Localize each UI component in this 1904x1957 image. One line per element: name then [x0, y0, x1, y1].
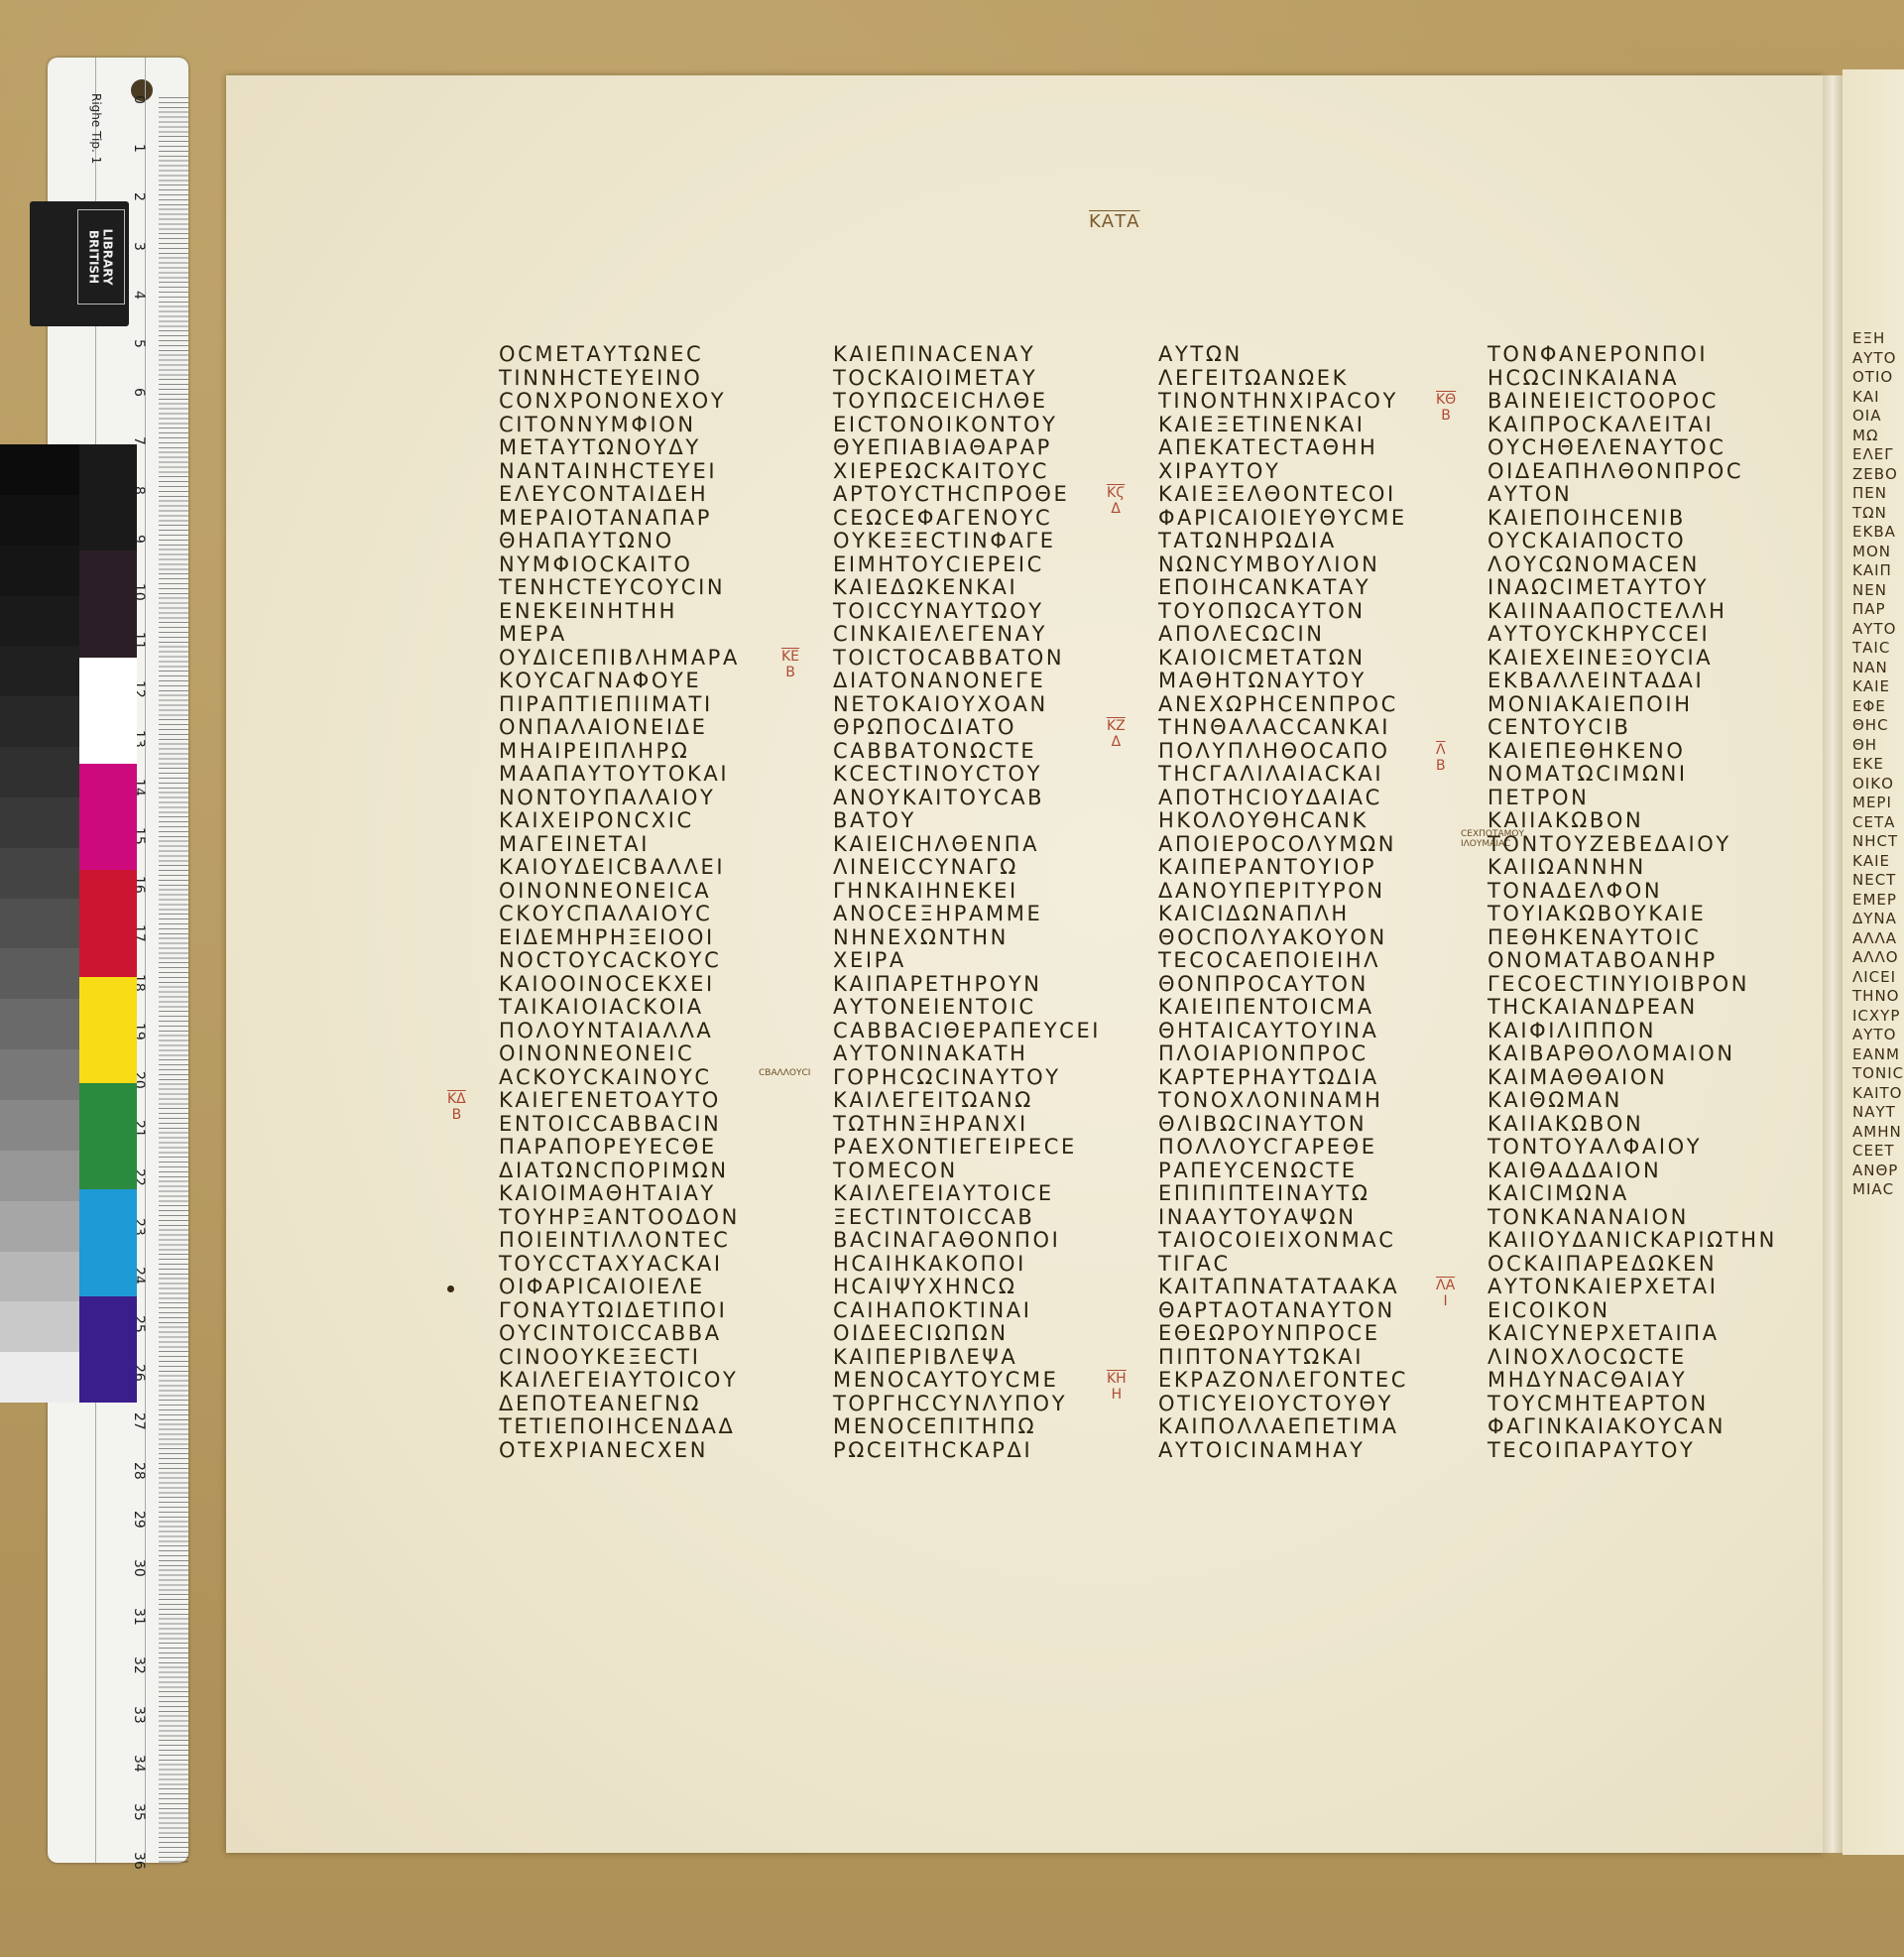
ruler-cm-label: 1 [131, 144, 147, 164]
facing-text-line: ΚΑΙ [1843, 388, 1904, 408]
manuscript-line: ΟΥϹΙΝΤΟΙϹϹΑΒΒΑ [499, 1322, 740, 1346]
section-number-rubric: ΚϚΔ [1107, 485, 1125, 517]
manuscript-line: ΛΙΝΕΙϹϹΥΝΑΓΩ [833, 856, 1101, 880]
manuscript-line: ΤΙΝΝΗϹΤΕΥΕΙΝΟ [499, 367, 740, 391]
manuscript-line: ΟΙΝΟΝΝΕΟΝΕΙϹΑ [499, 880, 740, 904]
section-number-rubric: ΚΗΗ [1107, 1371, 1127, 1403]
manuscript-line: ΤΟΜΕϹΟΝ [833, 1160, 1101, 1183]
manuscript-line: ΚΑΙΕΓΕΝΕΤΟΑΥΤΟ [499, 1089, 740, 1113]
manuscript-line: ΟΝΠΑΛΑΙΟΝΕΙΔΕ [499, 716, 740, 740]
manuscript-line: ΚΑΙΕΠΙΝΑϹΕΝΑΥ [833, 343, 1101, 367]
manuscript-line: ΕΚΒΑΛΛΕΙΝΤΑΔΑΙ [1487, 670, 1777, 693]
manuscript-line: ΔΕΠΟΤΕΑΝΕΓΝΩ [499, 1393, 740, 1416]
manuscript-line: ΑΝΕΧΩΡΗϹΕΝΠΡΟϹ [1158, 693, 1408, 717]
manuscript-line: ΒΑϹΙΝΑΓΑΘΟΝΠΟΙ [833, 1229, 1101, 1253]
manuscript-line: ΕΙϹΟΙΚΟΝ [1487, 1299, 1777, 1323]
manuscript-line: ΟΥϹΗΘΕΛΕΝΑΥΤΟϹ [1487, 436, 1777, 460]
manuscript-line: ΠΛΟΙΑΡΙΟΝΠΡΟϹ [1158, 1042, 1408, 1066]
manuscript-line: ΚΑΙΠΑΡΕΤΗΡΟΥΝ [833, 973, 1101, 997]
manuscript-line: ΑΥΤΟΝΚΑΙΕΡΧΕΤΑΙ [1487, 1276, 1777, 1299]
manuscript-line: ΘΛΙΒΩϹΙΝΑΥΤΟΝ [1158, 1113, 1408, 1137]
grey-step [0, 747, 81, 797]
manuscript-line: ϹΑΒΒΑϹΙΘΕΡΑΠΕΥϹΕΙ [833, 1020, 1101, 1043]
grey-scale-chart [0, 444, 81, 1403]
manuscript-line: ΘΡΩΠΟϹΔΙΑΤΟ [833, 716, 1101, 740]
facing-text-line: ΕΚΕ [1843, 755, 1904, 775]
manuscript-line: ΤΟΝΤΟΥΖΕΒΕΔΑΙΟΥ [1487, 833, 1777, 857]
manuscript-line: ΑΥΤΟΙϹΙΝΑΜΗΑΥ [1158, 1439, 1408, 1463]
facing-text-line: ΜΙΑϹ [1843, 1180, 1904, 1200]
ruler-cm-label: 3 [131, 242, 147, 262]
text-column-4: ΤΟΝΦΑΝΕΡΟΝΠΟΙΗϹΩϹΙΝΚΑΙΑΝΑΒΑΙΝΕΙΕΙϹΤΟΟΡΟϹ… [1487, 343, 1777, 1462]
manuscript-line: ΗΚΟΛΟΥΘΗϹΑΝΚ [1158, 809, 1408, 833]
manuscript-line: ΝΑΝΤΑΙΝΗϹΤΕΥΕΙ [499, 460, 740, 484]
grey-step [0, 1151, 81, 1201]
section-number-rubric: ΚΘΒ [1436, 392, 1456, 424]
ruler-cm-label: 5 [131, 339, 147, 359]
manuscript-line: ΧΙΡΑΥΤΟΥ [1158, 460, 1408, 484]
manuscript-line: ΓΗΝΚΑΙΗΝΕΚΕΙ [833, 880, 1101, 904]
manuscript-line: ΑΥΤΩΝ [1158, 343, 1408, 367]
ruler-cm-label: 27 [131, 1412, 147, 1432]
manuscript-line: ΝΟϹΤΟΥϹΑϹΚΟΥϹ [499, 949, 740, 973]
facing-text-line: ΠΕΝ [1843, 484, 1904, 504]
text-column-1: ΟϹΜΕΤΑΥΤΩΝΕϹΤΙΝΝΗϹΤΕΥΕΙΝΟϹΟΝΧΡΟΝΟΝΕΧΟΥϹΙ… [499, 343, 740, 1462]
manuscript-line: ΘΑΡΤΑΟΤΑΝΑΥΤΟΝ [1158, 1299, 1408, 1323]
manuscript-line: ΕΝΤΟΙϹϹΑΒΒΑϹΙΝ [499, 1113, 740, 1137]
manuscript-line: ΓΕϹΟΕϹΤΙΝΥΙΟΙΒΡΟΝ [1487, 973, 1777, 997]
facing-text-line: ΘΗϹ [1843, 716, 1904, 736]
manuscript-line: ΚΑΙΕΞΕΛΘΟΝΤΕϹΟΙ [1158, 483, 1408, 507]
manuscript-line: ΚΑΙΟΙΜΑΘΗΤΑΙΑΥ [499, 1182, 740, 1206]
library-text: LIBRARY [101, 228, 115, 285]
manuscript-line: ΤΟΝΟΧΛΟΝΙΝΑΜΗ [1158, 1089, 1408, 1113]
manuscript-line: ΓΟΡΗϹΩϹΙΝΑΥΤΟΥ [833, 1066, 1101, 1090]
manuscript-line: ΡΑΕΧΟΝΤΙΕΓΕΙΡΕϹΕ [833, 1136, 1101, 1160]
manuscript-line: ΝΕΤΟΚΑΙΟΥΧΟΑΝ [833, 693, 1101, 717]
manuscript-line: ΘΟϹΠΟΛΥΑΚΟΥΟΝ [1158, 926, 1408, 950]
facing-text-line: ΝΑΥΤ [1843, 1103, 1904, 1123]
manuscript-line: ΕΙΜΗΤΟΥϹΙΕΡΕΙϹ [833, 553, 1101, 577]
section-number-rubric: ΛΑΙ [1436, 1278, 1455, 1309]
manuscript-line: ΤΟΝΚΑΝΑΝΑΙΟΝ [1487, 1206, 1777, 1230]
manuscript-line: ΟΙΝΟΝΝΕΟΝΕΙϹ [499, 1042, 740, 1066]
manuscript-line: ΚΑΙΙΑΚΩΒΟΝ [1487, 809, 1777, 833]
british-library-label: LIBRARYBRITISH [30, 201, 129, 326]
manuscript-line: ΕΚΡΑΖΟΝΛΕΓΟΝΤΕϹ [1158, 1369, 1408, 1393]
manuscript-line: ΟΥΔΙϹΕΠΙΒΛΗΜΑΡΑ [499, 647, 740, 671]
manuscript-line: ΚΑΙΕΠΕΘΗΚΕΝΟ [1487, 740, 1777, 764]
grey-step [0, 546, 81, 596]
text-column-3: ΑΥΤΩΝΛΕΓΕΙΤΩΑΝΩΕΚΤΙΝΟΝΤΗΝΧΙΡΑϹΟΥΚΑΙΕΞΕΤΙ… [1158, 343, 1408, 1462]
manuscript-line: ϹΙΤΟΝΝΥΜΦΙΟΝ [499, 414, 740, 437]
manuscript-line: ΚΑΙΘΑΔΔΑΙΟΝ [1487, 1160, 1777, 1183]
ruler-cm-label: 28 [131, 1462, 147, 1482]
section-number-rubric: ΛΒ [1436, 742, 1446, 774]
manuscript-line: ΜΕΡΑ [499, 623, 740, 647]
facing-text-line: ΘΗ [1843, 736, 1904, 756]
manuscript-line: ΠΙΡΑΠΤΙΕΠΙΙΜΑΤΙ [499, 693, 740, 717]
manuscript-line: ΚΑΙΘΩΜΑΝ [1487, 1089, 1777, 1113]
facing-text-line: ΠΑΡ [1843, 600, 1904, 620]
manuscript-line: ΤΟΥΠΩϹΕΙϹΗΛΘΕ [833, 390, 1101, 414]
grey-step [0, 444, 81, 495]
color-patch [79, 870, 137, 976]
facing-text-line: ΟΤΙΟ [1843, 368, 1904, 388]
manuscript-line: ΓΟΝΑΥΤΩΙΔΕΤΙΠΟΙ [499, 1299, 740, 1323]
manuscript-line: ΚΑΙΕΙΠΕΝΤΟΙϹΜΑ [1158, 996, 1408, 1020]
manuscript-line: ΤΟΙϹϹΥΝΑΥΤΩΟΥ [833, 600, 1101, 624]
manuscript-line: ΕΛΕΥϹΟΝΤΑΙΔΕΗ [499, 483, 740, 507]
manuscript-line: ΚΑΙΛΕΓΕΙΤΩΑΝΩ [833, 1089, 1101, 1113]
facing-text-line: ΤΑΙϹ [1843, 639, 1904, 659]
manuscript-line: ΤΕΝΗϹΤΕΥϹΟΥϹΙΝ [499, 576, 740, 600]
section-number-rubric: ΚΔΒ [447, 1091, 466, 1123]
color-patch [79, 1296, 137, 1403]
manuscript-line: ΟΥϹΚΑΙΑΠΟϹΤΟ [1487, 530, 1777, 553]
manuscript-line: ΠΙΠΤΟΝΑΥΤΩΚΑΙ [1158, 1346, 1408, 1370]
manuscript-line: ΤΙΓΑϹ [1158, 1253, 1408, 1277]
manuscript-line: ΕΙϹΤΟΝΟΙΚΟΝΤΟΥ [833, 414, 1101, 437]
facing-page-text: ΕΞΗΑΥΤΟΟΤΙΟΚΑΙΟΙΑΜΩΕΛΕΓΖΕΒΟΠΕΝΤΩΝΕΚΒΑΜΟΝ… [1843, 329, 1904, 1200]
manuscript-line: ϹΕΩϹΕΦΑΓΕΝΟΥϹ [833, 507, 1101, 531]
manuscript-line: ΚΑΙΕΠΟΙΗϹΕΝΙΒ [1487, 507, 1777, 531]
manuscript-line: ΕΙΔΕΜΗΡΗΞΕΙΟΟΙ [499, 926, 740, 950]
facing-text-line: ΕΛΕΓ [1843, 445, 1904, 465]
manuscript-line: ΟΝΟΜΑΤΑΒΟΑΝΗΡ [1487, 949, 1777, 973]
facing-text-line: ΚΑΙΕ [1843, 677, 1904, 697]
manuscript-line: ΤΑΙΟϹΟΙΕΙΧΟΝΜΑϹ [1158, 1229, 1408, 1253]
manuscript-line: ΤΟΥΗΡΞΑΝΤΟΟΔΟΝ [499, 1206, 740, 1230]
manuscript-line: ΠΑΡΑΠΟΡΕΥΕϹΘΕ [499, 1136, 740, 1160]
manuscript-line: ΚΑΙΧΕΙΡΟΝϹΧΙϹ [499, 809, 740, 833]
manuscript-line: ΚΑΙϹΥΝΕΡΧΕΤΑΙΠΑ [1487, 1322, 1777, 1346]
manuscript-line: ΚΑΙΠΕΡΑΝΤΟΥΙΟΡ [1158, 856, 1408, 880]
manuscript-line: ΑΠΟΛΕϹΩϹΙΝ [1158, 623, 1408, 647]
manuscript-line: ΜΕΝΟϹΕΠΙΤΗΠΩ [833, 1415, 1101, 1439]
manuscript-line: ΚΑΙΜΑΘΘΑΙΟΝ [1487, 1066, 1777, 1090]
manuscript-line: ΤΩΤΗΝΞΗΡΑΝΧΙ [833, 1113, 1101, 1137]
facing-text-line: ΑΛΛΟ [1843, 948, 1904, 968]
ink-dot [447, 1285, 454, 1292]
manuscript-line: ϹΕΝΤΟΥϹΙΒ [1487, 716, 1777, 740]
manuscript-line: ΤΟΙϹΤΟϹΑΒΒΑΤΟΝ [833, 647, 1101, 671]
grey-step [0, 1352, 81, 1403]
manuscript-line: ΤΗΝΘΑΛΑϹϹΑΝΚΑΙ [1158, 716, 1408, 740]
manuscript-line: ΜΕΡΑΙΟΤΑΝΑΠΑΡ [499, 507, 740, 531]
ruler-cm-label: 31 [131, 1608, 147, 1628]
manuscript-line: ΑΠΟΙΕΡΟϹΟΛΥΜΩΝ [1158, 833, 1408, 857]
ruler-cm-ticks [159, 97, 188, 1863]
facing-text-line: ΚΑΙΤΟ [1843, 1084, 1904, 1104]
manuscript-line: ΑΥΤΟΝΕΙΕΝΤΟΙϹ [833, 996, 1101, 1020]
manuscript-line: ΜΑΘΗΤΩΝΑΥΤΟΥ [1158, 670, 1408, 693]
manuscript-line: ΤΟϹΚΑΙΟΙΜΕΤΑΥ [833, 367, 1101, 391]
ruler-cm-label: 29 [131, 1511, 147, 1530]
manuscript-line: ΛΟΥϹΩΝΟΜΑϹΕΝ [1487, 553, 1777, 577]
manuscript-line: ΟΥΚΕΞΕϹΤΙΝΦΑΓΕ [833, 530, 1101, 553]
manuscript-line: ΟϹΚΑΙΠΑΡΕΔΩΚΕΝ [1487, 1253, 1777, 1277]
facing-text-line: ϹΕΤΑ [1843, 813, 1904, 833]
section-number-rubric: ΚΕΒ [781, 649, 799, 680]
facing-text-line: ΕΚΒΑ [1843, 523, 1904, 543]
facing-text-line: ΚΑΙΕ [1843, 852, 1904, 872]
manuscript-line: ΤΙΝΟΝΤΗΝΧΙΡΑϹΟΥ [1158, 390, 1408, 414]
manuscript-line: ΟϹΜΕΤΑΥΤΩΝΕϹ [499, 343, 740, 367]
manuscript-line: ΟΙΔΕΕϹΙΩΠΩΝ [833, 1322, 1101, 1346]
facing-text-line: ΟΙΑ [1843, 407, 1904, 427]
manuscript-line: ΚΑΙΒΑΡΘΟΛΟΜΑΙΟΝ [1487, 1042, 1777, 1066]
facing-text-line: ΑΥΤΟ [1843, 349, 1904, 369]
color-patch [79, 444, 137, 550]
manuscript-line: ΝΟΝΤΟΥΠΑΛΑΙΟΥ [499, 787, 740, 810]
manuscript-line: ΑΥΤΟΥϹΚΗΡΥϹϹΕΙ [1487, 623, 1777, 647]
color-patch [79, 1083, 137, 1189]
manuscript-line: ΛΙΝΟΧΛΟϹΩϹΤΕ [1487, 1346, 1777, 1370]
manuscript-line: ΦΑΓΙΝΚΑΙΑΚΟΥϹΑΝ [1487, 1415, 1777, 1439]
facing-text-line: ΙϹΧΥΡ [1843, 1007, 1904, 1027]
facing-text-line: ΜΟΝ [1843, 543, 1904, 562]
manuscript-line: ΟΤΙϹΥΕΙΟΥϹΤΟΥΘΥ [1158, 1393, 1408, 1416]
facing-text-line: ΝΑΝ [1843, 659, 1904, 678]
facing-text-line: ΝΗϹΤ [1843, 832, 1904, 852]
manuscript-line: ΚΑΡΤΕΡΗΑΥΤΩΔΙΑ [1158, 1066, 1408, 1090]
manuscript-line: ΚΑΙΠΟΛΛΑΕΠΕΤΙΜΑ [1158, 1415, 1408, 1439]
manuscript-line: ΚΑΙΕΧΕΙΝΕΞΟΥϹΙΑ [1487, 647, 1777, 671]
manuscript-line: ΤΕΤΙΕΠΟΙΗϹΕΝΔΑΔ [499, 1415, 740, 1439]
manuscript-line: ΕΠΙΠΙΠΤΕΙΝΑΥΤΩ [1158, 1182, 1408, 1206]
facing-text-line: ΕΜΕΡ [1843, 891, 1904, 911]
ruler-cm-label: 0 [131, 95, 147, 115]
manuscript-line: ΠΟΛΟΥΝΤΑΙΑΛΛΑ [499, 1020, 740, 1043]
manuscript-line: ΚΑΙΛΕΓΕΙΑΥΤΟΙϹΕ [833, 1182, 1101, 1206]
manuscript-line: ϹΑΒΒΑΤΟΝΩϹΤΕ [833, 740, 1101, 764]
facing-text-line: ΑΜΗΝ [1843, 1123, 1904, 1143]
manuscript-line: ΑΡΤΟΥϹΤΗϹΠΡΟΘΕ [833, 483, 1101, 507]
manuscript-line: ΑΠΟΤΗϹΙΟΥΔΑΙΑϹ [1158, 787, 1408, 810]
manuscript-line: ΝΗΝΕΧΩΝΤΗΝ [833, 926, 1101, 950]
manuscript-line: ΡΩϹΕΙΤΗϹΚΑΡΔΙ [833, 1439, 1101, 1463]
manuscript-line: ΝΟΜΑΤΩϹΙΜΩΝΙ [1487, 763, 1777, 787]
manuscript-line: ΒΑΙΝΕΙΕΙϹΤΟΟΡΟϹ [1487, 390, 1777, 414]
marginal-correction: ϹΒΑΛΛΟΥϹΙ [759, 1068, 818, 1078]
manuscript-line: ΑΠΕΚΑΤΕϹΤΑΘΗΗ [1158, 436, 1408, 460]
manuscript-line: ΤΟΝΤΟΥΑΛΦΑΙΟΥ [1487, 1136, 1777, 1160]
manuscript-line: ΤΕϹΟϹΑΕΠΟΙΕΙΗΛ [1158, 949, 1408, 973]
manuscript-line: ΚΑΙΤΑΠΝΑΤΑΤΑΑΚΑ [1158, 1276, 1408, 1299]
manuscript-line: ϹΑΙΗΑΠΟΚΤΙΝΑΙ [833, 1299, 1101, 1323]
facing-text-line: ΝΕΝ [1843, 581, 1904, 601]
color-patch [79, 550, 137, 657]
manuscript-line: ΤΑΤΩΝΗΡΩΔΙΑ [1158, 530, 1408, 553]
ruler-cm-label: 2 [131, 192, 147, 212]
manuscript-line: ΚΑΙϹΙΔΩΝΑΠΛΗ [1158, 903, 1408, 926]
grey-step [0, 1100, 81, 1151]
library-logo: LIBRARYBRITISH [77, 209, 125, 305]
facing-text-line: ΜΕΡΙ [1843, 794, 1904, 813]
running-title: ΚΑΤΑ [1089, 211, 1139, 232]
manuscript-line: ΗϹΑΙΗΚΑΚΟΠΟΙ [833, 1253, 1101, 1277]
grey-step [0, 696, 81, 747]
facing-text-line: ΤΩΝ [1843, 504, 1904, 524]
manuscript-line: ΤΟΥΙΑΚΩΒΟΥΚΑΙΕ [1487, 903, 1777, 926]
facing-text-line: ΑΛΛΑ [1843, 929, 1904, 949]
ruler-cm-label: 36 [131, 1852, 147, 1872]
manuscript-line: ΠΕΤΡΟΝ [1487, 787, 1777, 810]
facing-text-line: ΛΙϹΕΙ [1843, 968, 1904, 988]
manuscript-line: ΔΑΝΟΥΠΕΡΙΤΥΡΟΝ [1158, 880, 1408, 904]
manuscript-line: ΚΑΙΦΙΛΙΠΠΟΝ [1487, 1020, 1777, 1043]
manuscript-line: ΤΟΥΟΠΩϹΑΥΤΟΝ [1158, 600, 1408, 624]
manuscript-line: ΤΕϹΟΙΠΑΡΑΥΤΟΥ [1487, 1439, 1777, 1463]
manuscript-line: ΘΗΑΠΑΥΤΩΝΟ [499, 530, 740, 553]
manuscript-line: ΡΑΠΕΥϹΕΝΩϹΤΕ [1158, 1160, 1408, 1183]
manuscript-line: ΛΕΓΕΙΤΩΑΝΩΕΚ [1158, 367, 1408, 391]
british-text: BRITISH [87, 230, 101, 284]
manuscript-line: ΕΘΕΩΡΟΥΝΠΡΟϹΕ [1158, 1322, 1408, 1346]
facing-page: ΕΞΗΑΥΤΟΟΤΙΟΚΑΙΟΙΑΜΩΕΛΕΓΖΕΒΟΠΕΝΤΩΝΕΚΒΑΜΟΝ… [1843, 69, 1904, 1855]
manuscript-line: ΠΟΛΥΠΛΗΘΟϹΑΠΟ [1158, 740, 1408, 764]
facing-text-line: ΔΥΝΑ [1843, 910, 1904, 929]
manuscript-line: ϹΙΝΟΟΥΚΕΞΕϹΤΙ [499, 1346, 740, 1370]
facing-text-line: ΑΥΤΟ [1843, 620, 1904, 640]
manuscript-line: ΕΝΕΚΕΙΝΗΤΗΗ [499, 600, 740, 624]
manuscript-line: ΚΑΙΙΩΑΝΝΗΝ [1487, 856, 1777, 880]
manuscript-line: ΜΑΓΕΙΝΕΤΑΙ [499, 833, 740, 857]
manuscript-line: ΤΑΙΚΑΙΟΙΑϹΚΟΙΑ [499, 996, 740, 1020]
manuscript-line: ΠΕΘΗΚΕΝΑΥΤΟΙϹ [1487, 926, 1777, 950]
facing-text-line: ΑΥΤΟ [1843, 1026, 1904, 1045]
manuscript-line: ΤΟΥϹΜΗΤΕΑΡΤΟΝ [1487, 1393, 1777, 1416]
ruler-divider [145, 58, 146, 1863]
facing-text-line: ΚΑΙΠ [1843, 561, 1904, 581]
grey-step [0, 1201, 81, 1252]
manuscript-line: ΠΟΛΛΟΥϹΓΑΡΕΘΕ [1158, 1136, 1408, 1160]
manuscript-line: ΑΥΤΟΝ [1487, 483, 1777, 507]
manuscript-line: ΚΑΙΠΕΡΙΒΛΕΨΑ [833, 1346, 1101, 1370]
facing-text-line: ϹΕΕΤ [1843, 1142, 1904, 1162]
color-calibration-chart [79, 444, 137, 1403]
manuscript-line: ΘΗΤΑΙϹΑΥΤΟΥΙΝΑ [1158, 1020, 1408, 1043]
manuscript-line: ΝΥΜΦΙΟϹΚΑΙΤΟ [499, 553, 740, 577]
grey-step [0, 1301, 81, 1352]
facing-text-line: ΖΕΒΟ [1843, 465, 1904, 485]
color-patch [79, 764, 137, 870]
manuscript-line: ΚϹΕϹΤΙΝΟΥϹΤΟΥ [833, 763, 1101, 787]
ruler-cm-label: 30 [131, 1559, 147, 1579]
manuscript-line: ΚΑΙΟΙϹΜΕΤΑΤΩΝ [1158, 647, 1408, 671]
manuscript-line: ΜΗΔΥΝΑϹΘΑΙΑΥ [1487, 1369, 1777, 1393]
color-patch [79, 658, 137, 764]
manuscript-line: ΚΑΙΠΡΟϹΚΑΛΕΙΤΑΙ [1487, 414, 1777, 437]
grey-step [0, 1049, 81, 1100]
manuscript-line: ΘΥΕΠΙΑΒΙΑΘΑΡΑΡ [833, 436, 1101, 460]
text-column-2: ΚΑΙΕΠΙΝΑϹΕΝΑΥΤΟϹΚΑΙΟΙΜΕΤΑΥΤΟΥΠΩϹΕΙϹΗΛΘΕΕ… [833, 343, 1101, 1462]
manuscript-line: ΚΑΙΕΙϹΗΛΘΕΝΠΑ [833, 833, 1101, 857]
manuscript-line: ΚΑΙΟΟΙΝΟϹΕΚΧΕΙ [499, 973, 740, 997]
manuscript-line: ΘΟΝΠΡΟϹΑΥΤΟΝ [1158, 973, 1408, 997]
facing-text-line: ΟΙΚΟ [1843, 775, 1904, 795]
manuscript-line: ϹΙΝΚΑΙΕΛΕΓΕΝΑΥ [833, 623, 1101, 647]
manuscript-line: ΦΑΡΙϹΑΙΟΙΕΥΘΥϹΜΕ [1158, 507, 1408, 531]
manuscript-line: ΤΟΥϹϹΤΑΧΥΑϹΚΑΙ [499, 1253, 740, 1277]
manuscript-line: ΚΑΙΙΟΥΔΑΝΙϹΚΑΡΙΩΤΗΝ [1487, 1229, 1777, 1253]
ruler-cm-label: 35 [131, 1803, 147, 1823]
manuscript-line: ΚΑΙΟΥΔΕΙϹΒΑΛΛΕΙ [499, 856, 740, 880]
facing-text-line: ΕΞΗ [1843, 329, 1904, 349]
manuscript-line: ΜΕΤΑΥΤΩΝΟΥΔΥ [499, 436, 740, 460]
grey-step [0, 948, 81, 999]
manuscript-line: ΑϹΚΟΥϹΚΑΙΝΟΥϹ [499, 1066, 740, 1090]
grey-step [0, 596, 81, 647]
ruler-cm-label: 32 [131, 1656, 147, 1676]
manuscript-line: ΧΕΙΡΑ [833, 949, 1101, 973]
manuscript-line: ΟΤΕΧΡΙΑΝΕϹΧΕΝ [499, 1439, 740, 1463]
facing-text-line: ΤΟΝΙϹ [1843, 1064, 1904, 1084]
grey-step [0, 999, 81, 1049]
manuscript-line: ΑΥΤΟΝΙΝΑΚΑΤΗ [833, 1042, 1101, 1066]
manuscript-line: ΗϹΑΙΨΥΧΗΝϹΩ [833, 1276, 1101, 1299]
manuscript-line: ΔΙΑΤΩΝϹΠΟΡΙΜΩΝ [499, 1160, 740, 1183]
ruler-righe-label: Righe Tip. 1 [89, 93, 103, 164]
section-number-rubric: ΚΖΔ [1107, 718, 1126, 750]
manuscript-line: ΑΝΟΥΚΑΙΤΟΥϹΑΒ [833, 787, 1101, 810]
manuscript-line: ΜΑΑΠΑΥΤΟΥΤΟΚΑΙ [499, 763, 740, 787]
grey-step [0, 495, 81, 546]
manuscript-line: ΝΩΝϹΥΜΒΟΥΛΙΟΝ [1158, 553, 1408, 577]
ruler-cm-label: 4 [131, 291, 147, 310]
facing-text-line: ΕΑΝΜ [1843, 1045, 1904, 1065]
manuscript-line: ΚΑΙΙΑΚΩΒΟΝ [1487, 1113, 1777, 1137]
facing-text-line: ΜΩ [1843, 427, 1904, 446]
grey-step [0, 646, 81, 696]
manuscript-line: ΚΑΙΕΞΕΤΙΝΕΝΚΑΙ [1158, 414, 1408, 437]
manuscript-line: ϹΟΝΧΡΟΝΟΝΕΧΟΥ [499, 390, 740, 414]
ruler-cm-label: 33 [131, 1706, 147, 1726]
grey-step [0, 1252, 81, 1302]
ruler-cm-label: 6 [131, 388, 147, 408]
facing-text-line: ΑΝΘΡ [1843, 1162, 1904, 1181]
manuscript-line: ΒΑΤΟΥ [833, 809, 1101, 833]
manuscript-line: ΟΙΔΕΑΠΗΛΘΟΝΠΡΟϹ [1487, 460, 1777, 484]
page-gutter [1823, 75, 1843, 1853]
manuscript-line: ΜΕΝΟϹΑΥΤΟΥϹΜΕ [833, 1369, 1101, 1393]
manuscript-line: ΤΗϹΓΑΛΙΛΑΙΑϹΚΑΙ [1158, 763, 1408, 787]
manuscript-line: ΧΙΕΡΕΩϹΚΑΙΤΟΥϹ [833, 460, 1101, 484]
manuscript-line: ΚΑΙΛΕΓΕΙΑΥΤΟΙϹΟΥ [499, 1369, 740, 1393]
color-patch [79, 1189, 137, 1295]
manuscript-line: ΠΟΙΕΙΝΤΙΛΛΟΝΤΕϹ [499, 1229, 740, 1253]
manuscript-line: ΜΟΝΙΑΚΑΙΕΠΟΙΗ [1487, 693, 1777, 717]
manuscript-line: ΙΝΑΩϹΙΜΕΤΑΥΤΟΥ [1487, 576, 1777, 600]
manuscript-line: ΚΟΥϹΑΓΝΑΦΟΥΕ [499, 670, 740, 693]
manuscript-line: ΚΑΙΙΝΑΑΠΟϹΤΕΛΛΗ [1487, 600, 1777, 624]
grey-step [0, 797, 81, 848]
manuscript-line: ΕΠΟΙΗϹΑΝΚΑΤΑΥ [1158, 576, 1408, 600]
manuscript-line: ΤΗϹΚΑΙΑΝΔΡΕΑΝ [1487, 996, 1777, 1020]
manuscript-line: ΑΝΟϹΕΞΗΡΑΜΜΕ [833, 903, 1101, 926]
color-patch [79, 977, 137, 1083]
manuscript-line: ΟΙΦΑΡΙϹΑΙΟΙΕΛΕ [499, 1276, 740, 1299]
manuscript-line: ΔΙΑΤΟΝΑΝΟΝΕΓΕ [833, 670, 1101, 693]
manuscript-line: ΤΟΝΦΑΝΕΡΟΝΠΟΙ [1487, 343, 1777, 367]
ruler-cm-label: 34 [131, 1755, 147, 1774]
manuscript-line: ΗϹΩϹΙΝΚΑΙΑΝΑ [1487, 367, 1777, 391]
facing-text-line: ΕΦΕ [1843, 697, 1904, 717]
grey-step [0, 848, 81, 899]
grey-step [0, 899, 81, 949]
facing-text-line: ΤΗΝΟ [1843, 987, 1904, 1007]
